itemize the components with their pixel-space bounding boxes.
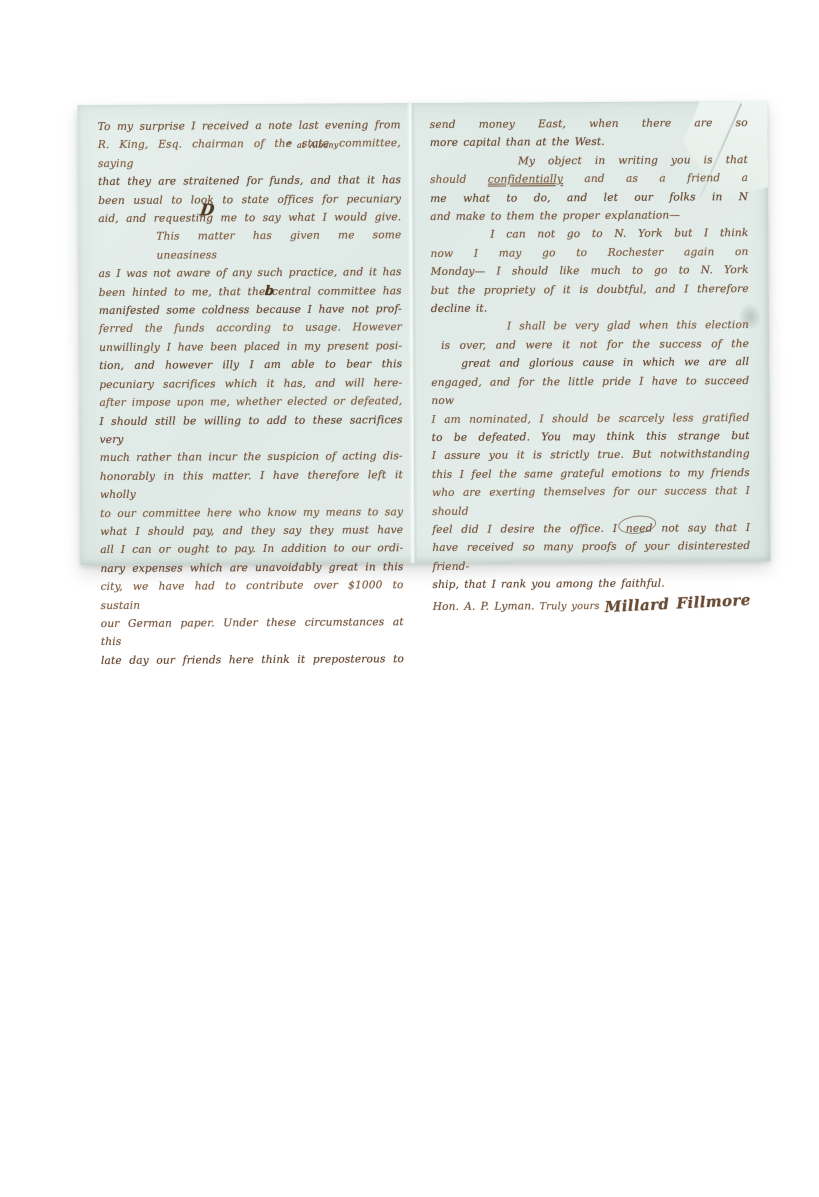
letter-line: and make to them the proper explanation—: [430, 206, 748, 226]
signature: Millard Fillmore: [604, 590, 751, 616]
letter-line: I am nominated, I should be scarcely les…: [431, 409, 749, 429]
interlineation-note: ^ at Albany: [286, 142, 339, 150]
letter-line: but the propriety of it is doubtful, and…: [431, 280, 749, 300]
letter-line: should confidentially and as a friend a: [430, 169, 748, 189]
letter-line: I can not go to N. York but I think: [430, 224, 748, 244]
letter-line: our German paper. Under these circumstan…: [101, 613, 404, 652]
underlined-word: confidentially: [488, 173, 563, 185]
letter-line: that they are straitened for funds, and …: [98, 171, 401, 191]
letter-line: I assure you it is strictly true. But no…: [432, 445, 750, 465]
letter-line: after impose upon me, whether elected or…: [99, 392, 402, 412]
letter-line: pecuniary sacrifices which it has, and w…: [99, 374, 402, 394]
closing-phrase: Truly yours: [540, 597, 600, 616]
letter-line: Monday— I should like much to go to N. Y…: [431, 261, 749, 281]
letter-line: ferred the funds according to usage. How…: [99, 319, 402, 339]
letter-line: ship, that I rank you among the faithful…: [432, 574, 750, 594]
letter-line: been usual to look to state offices for …: [98, 190, 401, 210]
letter-page-left: ^ at Albany D b To my surprise I receive…: [98, 116, 404, 670]
letter-line: more capital than at the West.: [430, 132, 748, 152]
letter-line: manifested some coldness because I have …: [99, 300, 402, 320]
letter-line: decline it.: [431, 298, 749, 318]
letter-line: engaged, and for the little pride I have…: [431, 372, 749, 411]
letter-line: R. King, Esq. chairman of the state comm…: [98, 135, 401, 174]
letter-line: who are exerting themselves for our succ…: [432, 482, 750, 521]
letter-line: been hinted to me, that the central comm…: [99, 282, 402, 302]
letter-sheet: ^ at Albany D b To my surprise I receive…: [78, 101, 771, 565]
letter-line: I should still be willing to add to thes…: [99, 411, 402, 450]
letter-line: aid, and requesting me to say what I wou…: [98, 208, 401, 228]
letter-line: city, we have had to contribute over $10…: [100, 576, 403, 615]
letter-line: is over, and were it not for the success…: [431, 335, 749, 355]
letter-line: honorably in this matter. I have therefo…: [100, 466, 403, 505]
letter-line: have received so many proofs of your dis…: [432, 537, 750, 576]
addressee-name: Hon. A. P. Lyman.: [433, 597, 535, 616]
ink-blot: b: [264, 283, 275, 301]
letter-line: send money East, when there are so: [430, 114, 748, 134]
letter-line: this I feel the same grateful emotions t…: [432, 464, 750, 484]
letter-line: unwillingly I have been placed in my pre…: [99, 337, 402, 357]
letter-line: as I was not aware of any such practice,…: [99, 263, 402, 283]
ink-blot: D: [199, 201, 216, 220]
letter-line: much rather than incur the suspicion of …: [100, 447, 403, 467]
letter-line: to be defeated. You may think this stran…: [432, 427, 750, 447]
letter-line: great and glorious cause in which we are…: [431, 353, 749, 373]
letter-line: tion, and however illy I am able to bear…: [99, 355, 402, 375]
letter-line: me what to do, and let our folks in N: [430, 188, 748, 208]
letter-page-right: send money East, when there are somore c…: [430, 114, 751, 617]
letter-line: I shall be very glad when this election: [431, 316, 749, 336]
letter-line: To my surprise I received a note last ev…: [98, 116, 401, 136]
letter-line: This matter has given me some uneasiness: [98, 227, 401, 266]
letter-line: what I should pay, and they say they mus…: [100, 521, 403, 541]
letter-line: late day our friends here think it prepo…: [101, 650, 404, 670]
center-fold: [407, 103, 419, 563]
letter-line: all I can or ought to pay. In addition t…: [100, 539, 403, 559]
letter-line: to our committee here who know my means …: [100, 503, 403, 523]
letter-photo: ^ at Albany D b To my surprise I receive…: [0, 0, 819, 1197]
letter-line: My object in writing you is that: [430, 151, 748, 171]
letter-line: nary expenses which are unavoidably grea…: [100, 558, 403, 578]
letter-line: feel did I desire the office. I need not…: [432, 519, 750, 539]
signature-row: Hon. A. P. Lyman.Truly yoursMillard Fill…: [433, 594, 751, 617]
letter-line: now I may go to Rochester again on: [430, 243, 748, 263]
